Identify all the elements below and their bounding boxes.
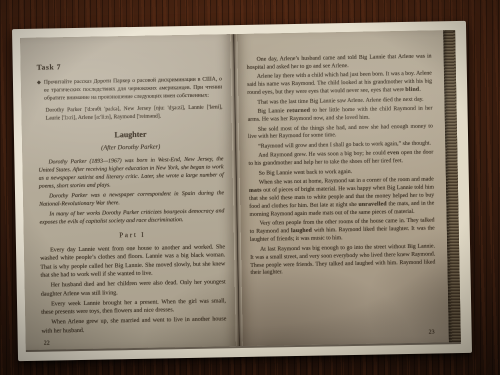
story-paragraph: Very often people from the other rooms o…	[250, 218, 435, 245]
bio-paragraph: Dorothy Parker (1893—1967) was born in W…	[38, 155, 224, 191]
page-number-right: 23	[252, 326, 437, 341]
story-paragraph: When Arlene grew up, she married and wen…	[41, 316, 226, 336]
story-paragraph: Her husband died and her children were a…	[41, 279, 226, 299]
part-heading: Part I	[40, 229, 225, 242]
bio-paragraph: In many of her works Dorothy Parker crit…	[39, 207, 224, 227]
story-paragraph: Arlene lay there with a child which had …	[247, 71, 432, 98]
diamond-bullet-icon: ◆	[37, 79, 41, 102]
author-biography: Dorothy Parker (1893—1967) was born in W…	[38, 155, 224, 229]
task-instruction: ◆ Прочитайте рассказ Дороти Паркер о рас…	[37, 75, 222, 103]
story-text-right: One day, Arlene’s husband came and told …	[247, 54, 436, 280]
story-paragraph: Every day Lannie went from one house to …	[40, 243, 226, 280]
right-page: One day, Arlene’s husband came and told …	[237, 30, 449, 346]
left-page: Task 7 ◆ Прочитайте рассказ Дороти Парке…	[20, 34, 236, 350]
story-text-left: Every day Lannie went from one house to …	[40, 243, 227, 338]
story-paragraph: Big Lannie returned to her little home w…	[247, 106, 432, 125]
photo-of-textbook-spread: Task 7 ◆ Прочитайте рассказ Дороти Парке…	[0, 0, 500, 375]
task-heading: Task 7	[37, 59, 222, 73]
task-instruction-text: Прочитайте рассказ Дороти Паркер о расов…	[44, 75, 223, 103]
story-subtitle: (After Dorothy Parker)	[38, 141, 223, 153]
page-number-left: 22	[42, 334, 227, 349]
story-paragraph: And Raymond grew. He was soon a big boy;…	[248, 150, 433, 169]
story-paragraph: Every week Lannie brought her a present.…	[41, 297, 226, 317]
story-paragraph: She sold most of the things she had, and…	[248, 123, 433, 142]
photocopy-sheet: Task 7 ◆ Прочитайте рассказ Дороти Парке…	[12, 21, 472, 361]
bio-paragraph: Dorothy Parker was a newspaper correspon…	[39, 189, 224, 209]
book-spread-scan: Task 7 ◆ Прочитайте рассказ Дороти Парке…	[20, 30, 461, 352]
story-paragraph: One day, Arlene’s husband came and told …	[247, 54, 432, 73]
proper-names-list: Dorothy Parker ['dɔrəθi 'pa:kə], New Jer…	[45, 103, 222, 122]
story-paragraph: When she was not at home, Raymond sat in…	[249, 177, 435, 220]
story-title: Laughter	[38, 128, 223, 143]
story-paragraph: At last Raymond was big enough to go int…	[250, 243, 436, 278]
